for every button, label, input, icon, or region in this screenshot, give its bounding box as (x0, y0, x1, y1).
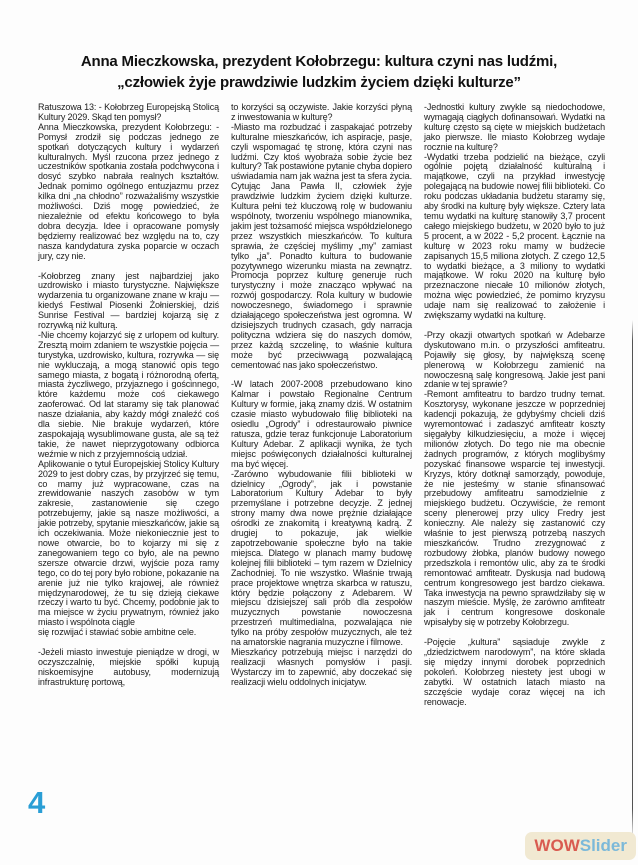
page-edge-line (632, 320, 633, 840)
article-paragraph: się rozwijać i stawiać sobie ambitne cel… (38, 628, 219, 638)
newspaper-page: { "colors": { "page_number_blue": "#2a9e… (0, 0, 638, 865)
wowslider-slider-text: Slider (580, 836, 627, 855)
article-paragraph: -Jeżeli miasto inwestuje pieniądze w dro… (38, 648, 219, 688)
article-paragraph: -Miasto ma rozbudzać i zaspakajać potrze… (231, 123, 412, 371)
article-paragraph: -Remont amfiteatru to bardzo trudny tema… (424, 390, 605, 628)
article-paragraph: -W latach 2007-2008 przebudowano kino Ka… (231, 380, 412, 469)
wowslider-wow-text: WOW (534, 836, 579, 855)
article-column-3: -Jednostki kultury zwykle są niedochodow… (424, 103, 605, 707)
wowslider-watermark[interactable]: WOWSlider (525, 832, 636, 860)
article-paragraph: -Pojęcie „kultura” sąsiaduje zwykle z „d… (424, 638, 605, 707)
article-paragraph: to korzyści są oczywiste. Jakie korzyści… (231, 103, 412, 123)
headline-line-2: „człowiek żyje prawdziwie ludzkim życiem… (29, 72, 609, 93)
article-paragraph: -Wydatki trzeba podzielić na bieżące, cz… (424, 153, 605, 321)
article-paragraph: -Nie chcemy kojarzyć się z urlopem od ku… (38, 331, 219, 460)
article-paragraph: -Kołobrzeg znany jest najbardziej jako u… (38, 272, 219, 331)
article-columns: Ratuszowa 13: - Kołobrzeg Europejską Sto… (38, 103, 605, 707)
article-paragraph: -Przy okazji otwartych spotkań w Adebarz… (424, 331, 605, 390)
article-paragraph: Aplikowanie o tytuł Europejskiej Stolicy… (38, 460, 219, 628)
headline-line-1: Anna Mieczkowska, prezydent Kołobrzegu: … (29, 51, 609, 72)
article-paragraph: -Zarówno wybudowanie filii biblioteki w … (231, 470, 412, 648)
article-headline: Anna Mieczkowska, prezydent Kołobrzegu: … (29, 51, 609, 93)
article-paragraph: Mieszkańcy potrzebują miejsc i narzędzi … (231, 648, 412, 688)
page-number: 4 (28, 785, 45, 821)
article-column-2: to korzyści są oczywiste. Jakie korzyści… (231, 103, 412, 688)
article-paragraph: Anna Mieczkowska, prezydent Kołobrzegu: … (38, 123, 219, 262)
article-column-1: Ratuszowa 13: - Kołobrzeg Europejską Sto… (38, 103, 219, 688)
article-paragraph: -Jednostki kultury zwykle są niedochodow… (424, 103, 605, 153)
article-paragraph: Ratuszowa 13: - Kołobrzeg Europejską Sto… (38, 103, 219, 123)
